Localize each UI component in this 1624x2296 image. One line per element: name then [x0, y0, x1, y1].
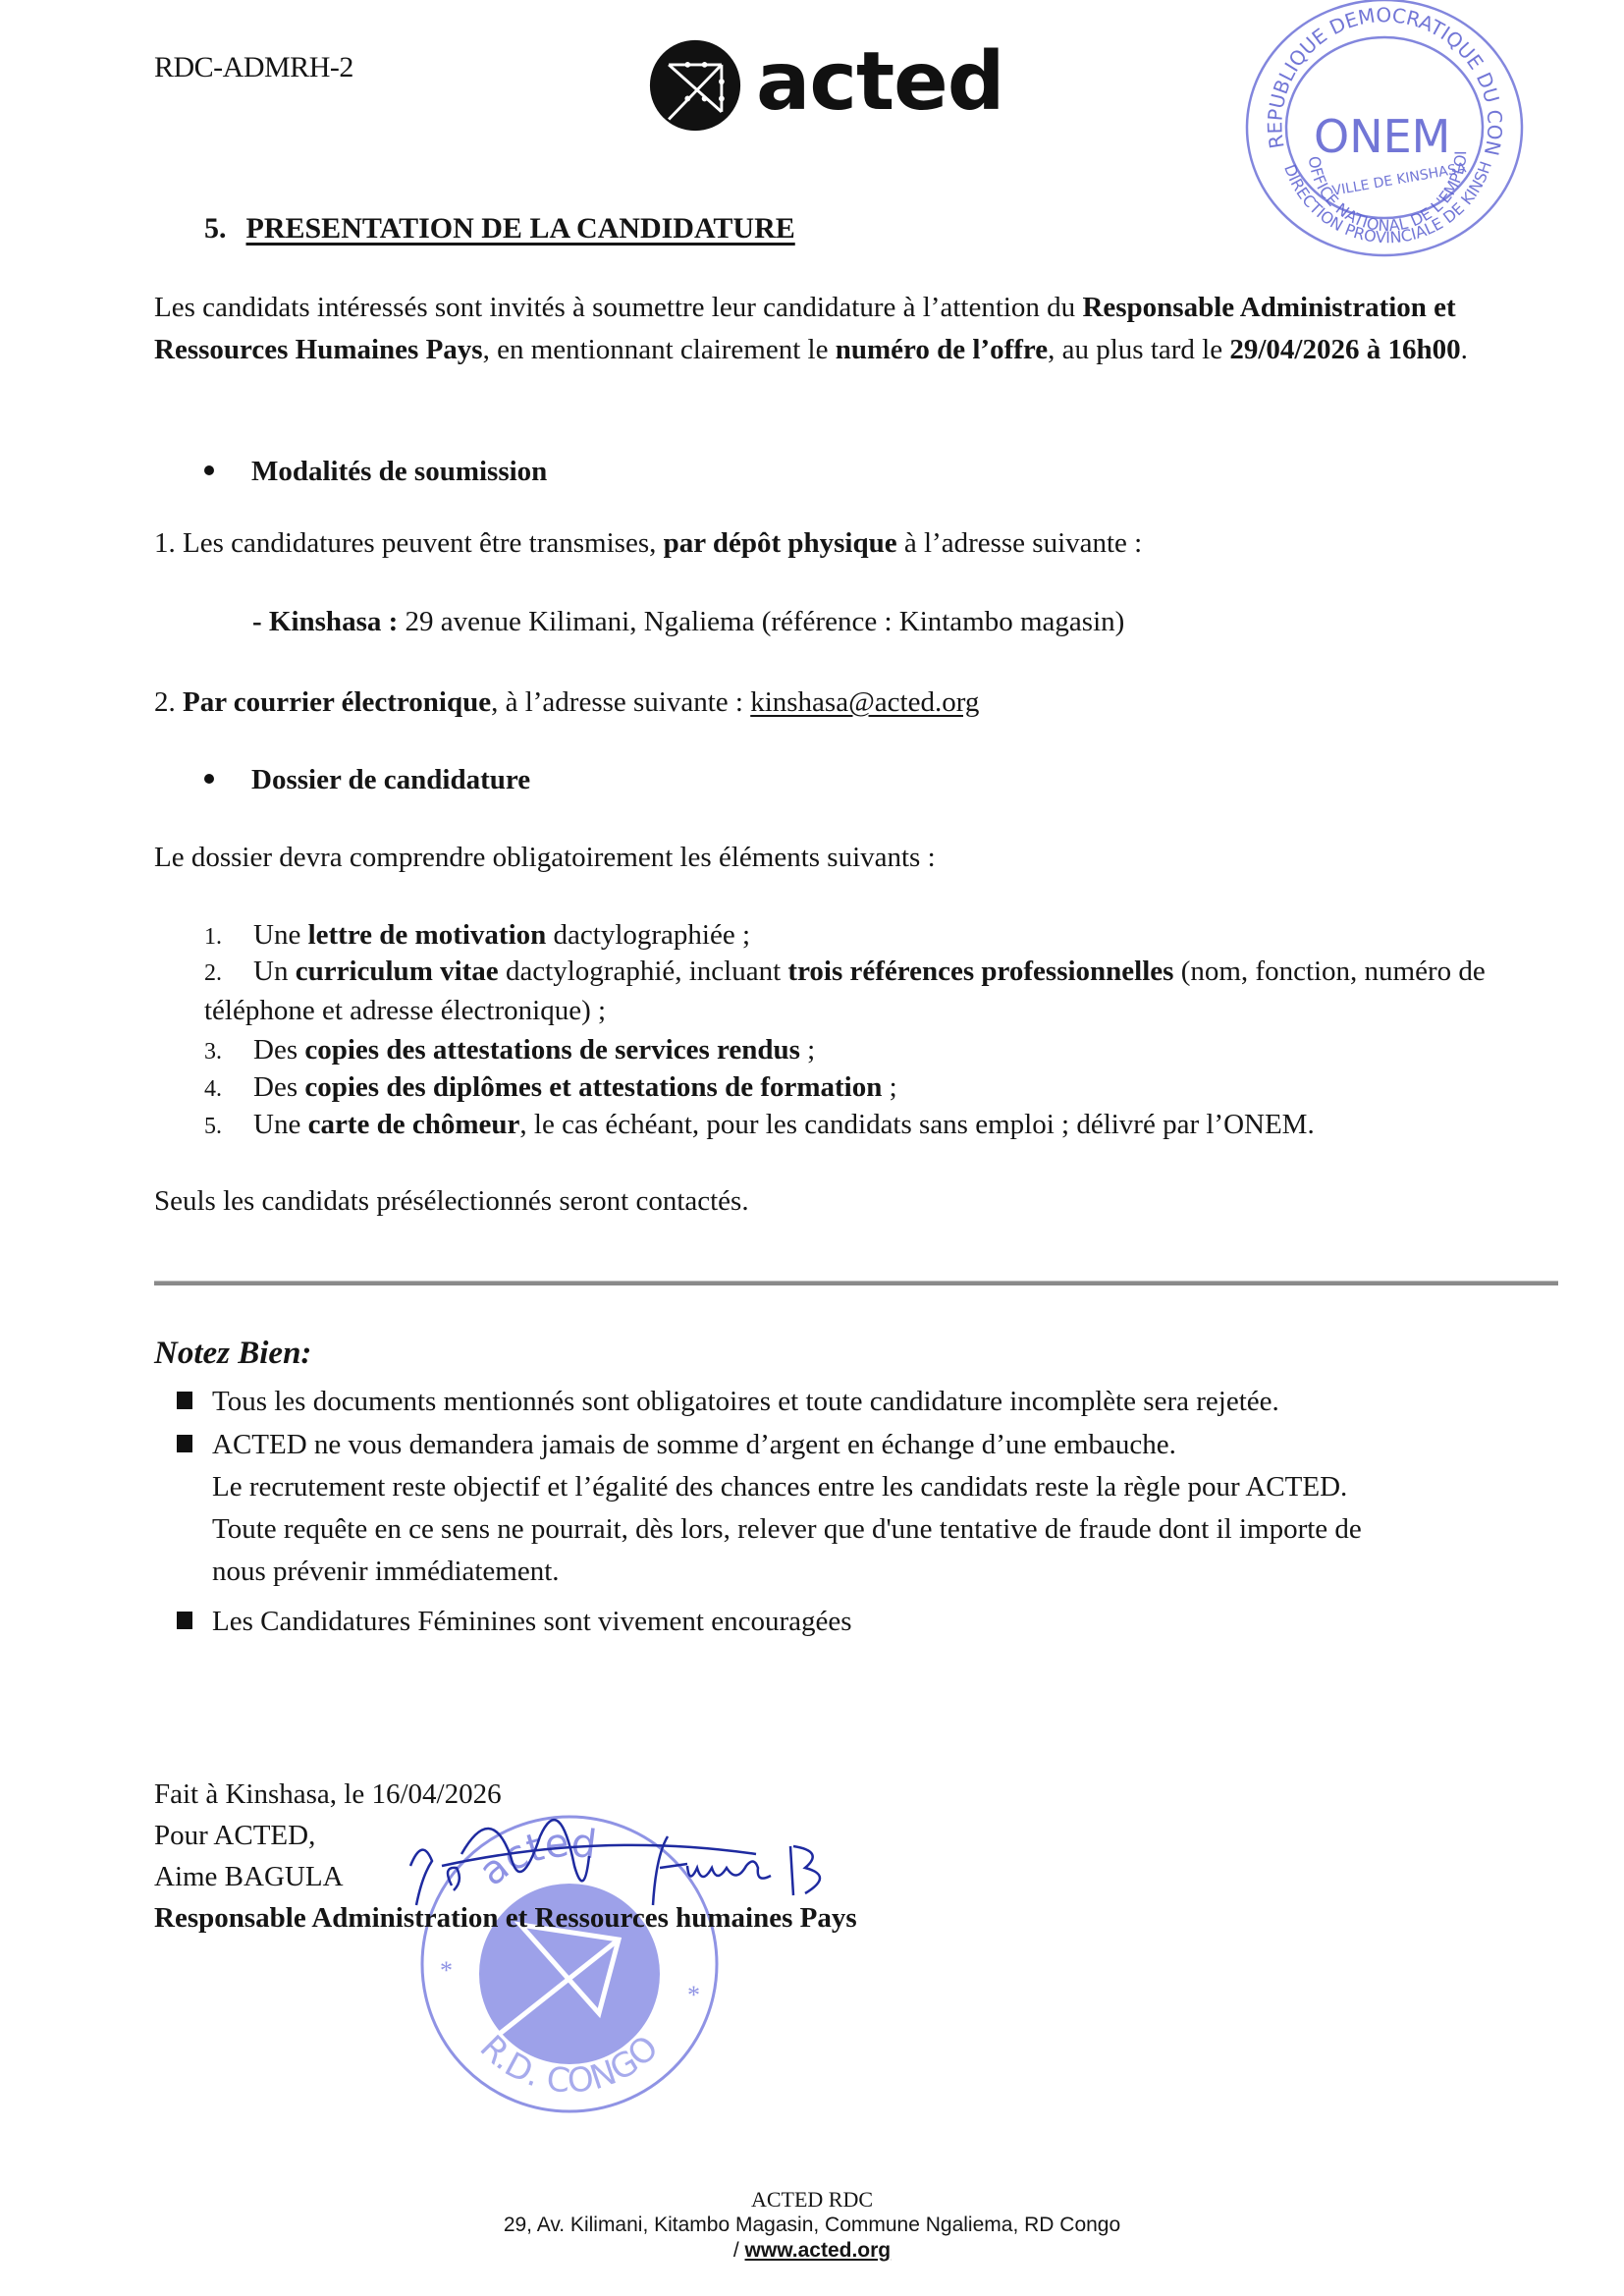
bullet-icon: [204, 465, 214, 475]
depot-address: - Kinshasa : 29 avenue Kilimani, Ngaliem…: [252, 601, 1624, 643]
section-title: 5.PRESENTATION DE LA CANDIDATURE: [204, 212, 795, 246]
square-bullet-icon: [177, 1435, 192, 1452]
closing-note: Seuls les candidats présélectionnés sero…: [154, 1180, 1529, 1223]
intro-paragraph: Les candidats intéressés sont invités à …: [154, 287, 1529, 371]
list-item: 5.Une carte de chômeur, le cas échéant, …: [204, 1106, 1559, 1145]
bullet-icon: [204, 774, 214, 784]
list-item: 3.Des copies des attestations de service…: [204, 1031, 1559, 1070]
heading-dossier: Dossier de candidature: [204, 764, 530, 796]
square-bullet-icon: [177, 1392, 192, 1409]
document-reference: RDC-ADMRH-2: [154, 51, 353, 84]
divider: [154, 1281, 1558, 1285]
list-item: 4.Des copies des diplômes et attestation…: [204, 1068, 1559, 1108]
note-item: Tous les documents mentionnés sont oblig…: [177, 1381, 1571, 1423]
notes-title: Notez Bien:: [154, 1336, 311, 1372]
list-item: 2.Un curriculum vitae dactylographié, in…: [204, 953, 1559, 1029]
acted-logo: acted: [648, 37, 1003, 134]
page-footer: ACTED RDC 29, Av. Kilimani, Kitambo Maga…: [0, 2187, 1624, 2264]
footer-address: 29, Av. Kilimani, Kitambo Magasin, Commu…: [0, 2213, 1624, 2238]
email-link[interactable]: kinshasa@acted.org: [750, 686, 979, 718]
handwritten-signature-icon: [403, 1797, 952, 1925]
note-item: Les Candidatures Féminines sont vivement…: [177, 1601, 1571, 1643]
square-bullet-icon: [177, 1612, 192, 1629]
svg-text:*: *: [687, 1981, 700, 2009]
modalite-depot: 1. Les candidatures peuvent être transmi…: [154, 522, 1529, 565]
footer-org: ACTED RDC: [0, 2187, 1624, 2213]
modalite-email: 2. Par courrier électronique, à l’adress…: [154, 682, 1529, 724]
website-link[interactable]: www.acted.org: [745, 2239, 892, 2262]
heading-modalites: Modalités de soumission: [204, 456, 547, 488]
svg-text:*: *: [440, 1956, 453, 1985]
dossier-intro: Le dossier devra comprendre obligatoirem…: [154, 837, 1529, 879]
note-item: ACTED ne vous demandera jamais de somme …: [177, 1424, 1571, 1593]
footer-website-line: / www.acted.org: [0, 2238, 1624, 2264]
acted-logo-text: acted: [756, 42, 1003, 123]
list-item: 1.Une lettre de motivation dactylographi…: [204, 916, 1559, 956]
acted-logo-icon: [648, 38, 742, 133]
onem-stamp-icon: REPUBLIQUE DEMOCRATIQUE DU CONGO ONEM VI…: [1216, 0, 1549, 285]
svg-text:ONEM: ONEM: [1314, 110, 1450, 163]
